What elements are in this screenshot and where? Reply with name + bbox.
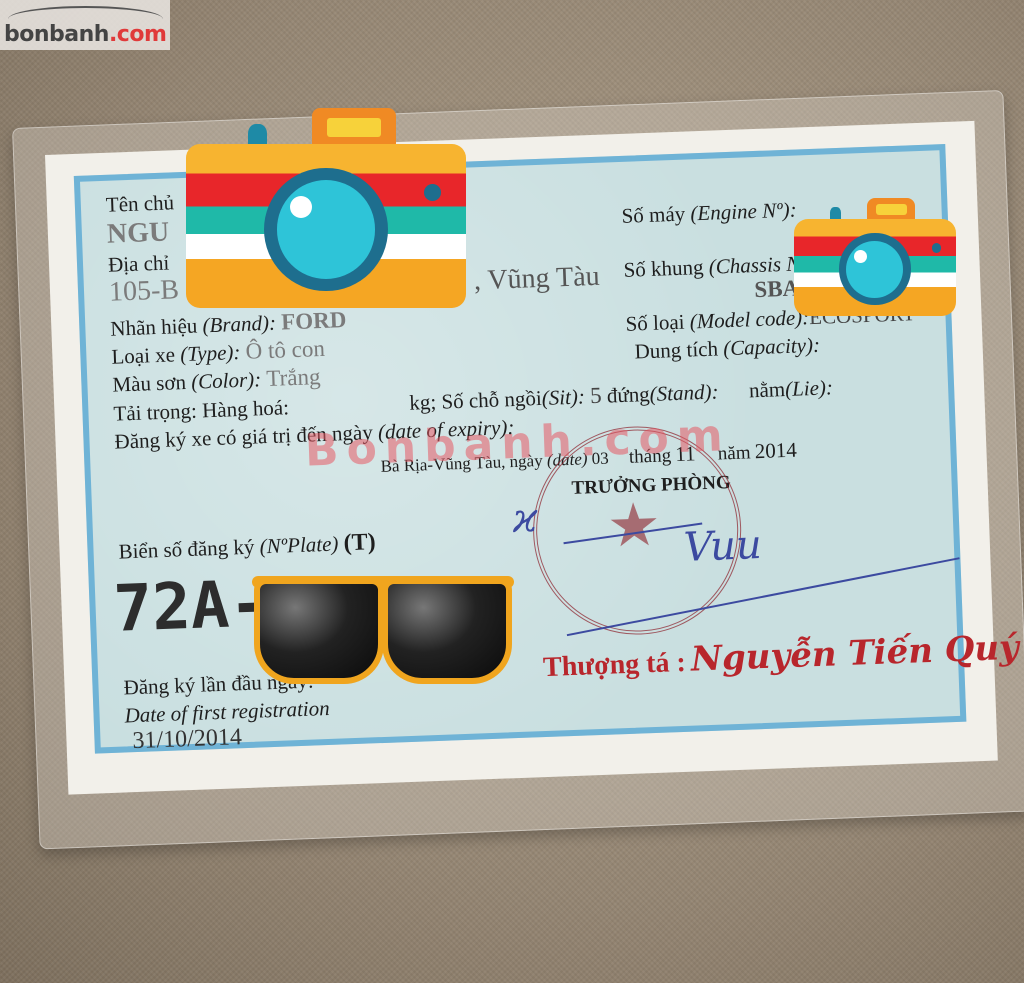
logo-text: bonbanh	[4, 22, 109, 47]
camera-sticker-small-icon	[794, 198, 956, 316]
seats-value: 5	[590, 383, 602, 408]
capacity-row: Dung tích (Capacity):	[634, 333, 820, 365]
star-emblem-icon: ★	[606, 490, 662, 562]
bonbanh-logo: bonbanh.com	[0, 0, 170, 50]
logo-domain: .com	[109, 22, 166, 47]
address-value-tail: , Vũng Tàu	[473, 261, 600, 298]
pen-signature-initial: ϰ	[512, 495, 539, 542]
pen-signature: Vuu	[683, 522, 762, 571]
chassis-value: SBA	[754, 275, 800, 303]
signer-row: Thượng tá : Nguyễn Tiến Quý	[542, 628, 1019, 685]
signer-name: Nguyễn Tiến Quý	[690, 628, 1019, 680]
type-value: Ô tô con	[245, 336, 325, 364]
address-value: 105-B	[109, 274, 180, 309]
first-registration-date: 31/10/2014	[132, 724, 242, 755]
issue-year: 2014	[754, 438, 797, 464]
brand-value: FORD	[281, 307, 347, 334]
plate-row: Biển số đăng ký (NºPlate) (T)	[118, 529, 376, 565]
plate-value: 72A-	[112, 567, 269, 647]
color-value: Trắng	[266, 364, 321, 391]
first-registration-label-en: Date of first registration	[124, 696, 330, 729]
sunglasses-sticker-icon	[252, 572, 514, 674]
color-row: Màu sơn (Color): Trắng	[112, 364, 321, 398]
owner-value: NGU	[106, 217, 169, 251]
address-label: Địa chỉ	[108, 251, 170, 278]
signer-rank: Thượng tá :	[543, 647, 687, 683]
engine-row: Số máy (Engine Nº):	[621, 198, 797, 229]
camera-sticker-icon	[186, 108, 466, 308]
owner-label: Tên chủ	[105, 190, 174, 217]
